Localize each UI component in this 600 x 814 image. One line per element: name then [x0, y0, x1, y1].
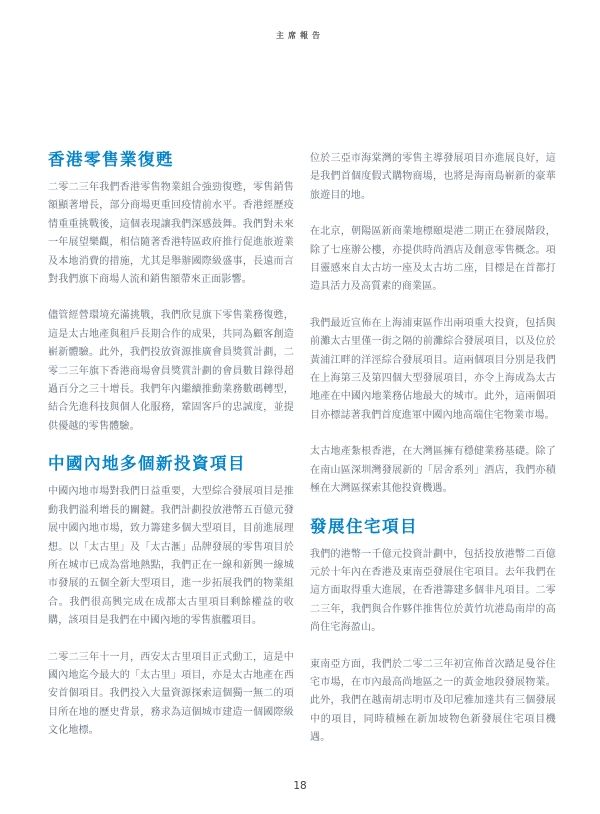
section-heading-right-4: 發展住宅項目 — [310, 517, 556, 537]
right-column: 位於三亞市海棠灣的零售主導發展項目亦進展良好，這是我們首個度假式購物商場，也將是… — [310, 150, 556, 766]
paragraph-left-1: 二零二三年我們香港零售物業組合強勁復甦，零售銷售額顯著增長，部分商場更重回疫情前… — [48, 179, 294, 289]
paragraph-right-5: 我們的港幣一千億元投資計劃中，包括投放港幣二百億元於十年內在香港及東南亞發展住宅… — [310, 546, 556, 638]
section-heading-left-0: 香港零售業復甦 — [48, 150, 294, 170]
two-column-content: 香港零售業復甦二零二三年我們香港零售物業組合強勁復甦，零售銷售額顯著增長，部分商… — [48, 150, 556, 766]
page-number: 18 — [0, 780, 600, 792]
report-section-title: 主席報告 — [0, 30, 600, 41]
paragraph-left-2: 儘管經營環境充滿挑戰，我們欣見旗下零售業務復甦，這是太古地產與租戶長期合作的成果… — [48, 307, 294, 436]
section-heading-left-3: 中國內地多個新投資項目 — [48, 454, 294, 474]
left-column: 香港零售業復甦二零二三年我們香港零售物業組合強勁復甦，零售銷售額顯著增長，部分商… — [48, 150, 294, 766]
paragraph-right-6: 東南亞方面，我們於二零二三年初宣佈首次踏足曼谷住宅市場，在市內最高尚地區之一的黃… — [310, 656, 556, 748]
paragraph-right-1: 在北京，朝陽區新商業地標頤堤港二期正在發展階段，除了七座辦公樓，亦提供時尚酒店及… — [310, 223, 556, 297]
paragraph-left-5: 二零二三年十一月，西安太古里項目正式動工，這是中國內地迄今最大的「太古里」項目，… — [48, 649, 294, 741]
paragraph-left-4: 中國內地市場對我們日益重要，大型綜合發展項目是推動我們溢利增長的關鍵。我們計劃投… — [48, 483, 294, 630]
paragraph-right-0: 位於三亞市海棠灣的零售主導發展項目亦進展良好，這是我們首個度假式購物商場，也將是… — [310, 150, 556, 205]
paragraph-right-2: 我們最近宣佈在上海浦東區作出兩項重大投資，包括與前灘太古里僅一街之隔的前灘綜合發… — [310, 315, 556, 425]
document-page: 主席報告 香港零售業復甦二零二三年我們香港零售物業組合強勁復甦，零售銷售額顯著增… — [0, 0, 600, 814]
paragraph-right-3: 太古地產紮根香港，在大灣區擁有穩健業務基礎。除了在南山區深圳灣發展新的「居舍系列… — [310, 443, 556, 498]
